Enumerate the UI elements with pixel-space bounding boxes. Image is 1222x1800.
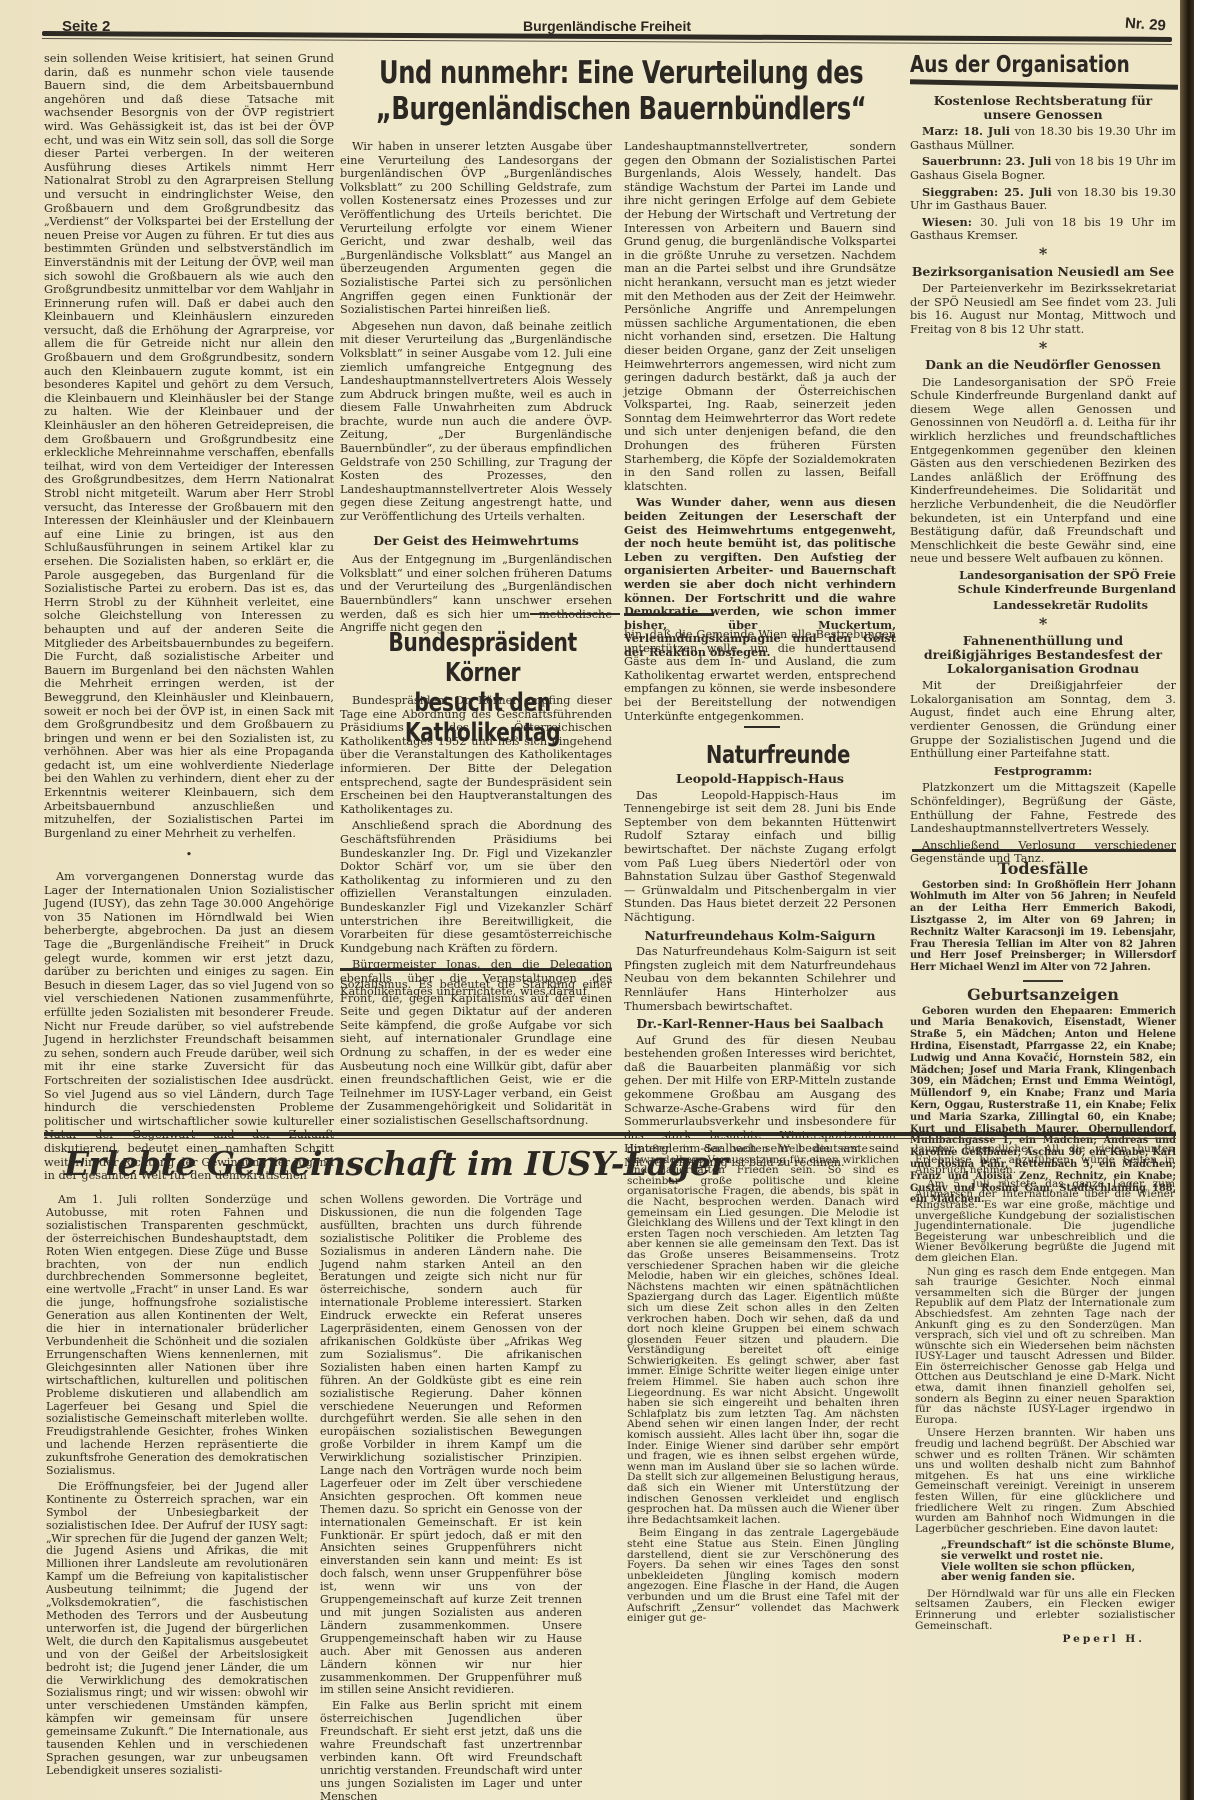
dank-text: Die Landesorganisation der SPÖ Freie Sch… [910,376,1176,566]
grodnau-text: Mit der Dreißigjahrfeier der Lokalorgani… [910,679,1176,761]
feature-closing: Der Hörndlwald war für uns alle ein Flec… [915,1589,1175,1631]
dank-signature-secretary: Landessekretär Rudolits [910,599,1176,613]
feature-paragraph: launter Jugendlicher. All die vielen bun… [915,1144,1175,1176]
subheading-heimwehrtum: Der Geist des Heimwehrtums [340,534,612,548]
naturfreunde-section: Leopold-Happisch-Haus Das Leopold-Happis… [624,772,896,1170]
rechtsberatung-item: Wiesen: 30. Juli von 18 bis 19 Uhr im Ga… [910,216,1176,243]
rechtsberatung-item: Sauerbrunn: 23. Juli von 18 bis 19 Uhr i… [910,155,1176,182]
feature-paragraph: Ein Falke aus Berlin spricht mit einem ö… [320,1700,582,1800]
lead-headline-line2: „Burgenländischen Bauernbündlers“ [352,91,890,127]
feature-paragraph: Am 5. Juli rüstete das ganze Lager zum A… [915,1179,1175,1264]
item-place: Wiesen: [922,215,972,229]
lead-headline: Und nunmehr: Eine Verurteilung des „Burg… [352,55,890,127]
item-place: Sieggraben: 25. Juli [922,185,1052,199]
neusiedl-heading: Bezirksorganisation Neusiedl am See [910,265,1176,279]
lead-headline-line1: Und nunmehr: Eine Verurteilung des [352,55,890,91]
lead-article-col2: Landeshauptmannstellvertreter, sondern g… [624,140,896,660]
feature-paragraph: schen Wollens geworden. Die Vorträge und… [320,1194,582,1697]
lead-article-col1: Wir haben in unserer letzten Ausgabe übe… [340,140,612,635]
rechtsberatung-item: Sieggraben: 25. Juli von 18.30 bis 19.30… [910,186,1176,213]
lead-paragraph: Abgesehen nun davon, daß beinahe zeitlic… [340,320,612,524]
organisation-title: Aus der Organisation [910,52,1130,78]
page-header: Seite 2 Burgenländische Freiheit Nr. 29 [42,8,1172,34]
festprogramm-text: Platzkonzert um die Mittagszeit (Kapelle… [910,781,1176,835]
feature-paragraph: Die Eröffnungsfeier, bei der Jugend alle… [46,1481,308,1778]
naturfreunde-text: Das Naturfreundehaus Kolm-Saigurn ist se… [624,945,896,1013]
todesfaelle-title: Todesfälle [910,862,1176,876]
left-column: sein sollenden Weise kritisiert, hat sei… [44,52,334,1183]
naturfreunde-text: Das Leopold-Happisch-Haus im Tennengebir… [624,789,896,925]
poem-line: sie verwelkt und rostet nie. [941,1551,1175,1562]
divider [1023,980,1063,982]
koerner-continuation-text: hin, daß die Gemeinde Wien alle Bestrebu… [624,628,896,723]
divider [744,726,780,728]
koerner-article: Bundespräsident Dr. Körner empfing diese… [340,694,612,999]
geburten-title: Geburtsanzeigen [910,988,1176,1002]
todesfaelle-text: Gestorben sind: In Großhöflein Herr Joha… [910,880,1176,974]
star-separator: * [910,341,1176,355]
feature-rule [44,1132,1176,1136]
feature-paragraph: Nun ging es rasch dem Ende entgegen. Man… [915,1267,1175,1426]
star-separator: * [910,617,1176,631]
feature-paragraph: Unsere Herzen brannten. Wir haben uns fr… [915,1428,1175,1534]
rechtsberatung-item: Marz: 18. Juli von 18.30 bis 19.30 Uhr i… [910,125,1176,152]
naturfreunde-heading: Leopold-Happisch-Haus [624,772,896,786]
koerner-paragraph: Anschließend sprach die Abordnung des Ge… [340,819,612,955]
naturfreunde-heading: Dr.-Karl-Renner-Haus bei Saalbach [624,1017,896,1031]
iusy-feature-col3: draußen in der weiten Welt die erste und… [627,1144,899,1624]
iusy-continuation-text: Sozialismus. Es bedeutet die Stärkung ei… [340,978,612,1128]
dank-heading: Dank an die Neudörfler Genossen [910,358,1176,372]
divider [340,968,612,971]
divider [912,849,1176,852]
neusiedl-text: Der Parteienverkehr im Bezirkssekretaria… [910,282,1176,336]
divider [624,613,714,616]
grodnau-heading: Fahnenenthüllung und dreißigjähriges Bes… [910,634,1176,675]
feature-paragraph: Beim Eingang in das zentrale Lagergebäud… [627,1528,899,1623]
iusy-feature-col2: schen Wollens geworden. Die Vorträge und… [320,1194,582,1800]
strobl-article-text: sein sollenden Weise kritisiert, hat sei… [44,52,334,840]
author-signature: Peperl H. [915,1634,1175,1645]
lead-paragraph: Landeshauptmannstellvertreter, sondern g… [624,140,896,493]
dedication-poem: „Freundschaft“ ist die schönste Blume, s… [941,1540,1175,1582]
lead-paragraph: Aus der Entgegnung im „Burgenländischen … [340,553,612,635]
issue-number: Nr. 29 [1125,15,1167,35]
koerner-continuation: hin, daß die Gemeinde Wien alle Bestrebu… [624,628,896,723]
item-place: Sauerbrunn: 23. Juli [922,154,1051,168]
iusy-feature-col1: Am 1. Juli rollten Sonderzüge und Autobu… [46,1194,308,1778]
divider [530,613,620,615]
rechtsberatung-heading: Kostenlose Rechtsberatung für unsere Gen… [910,94,1176,121]
naturfreunde-heading: Naturfreundehaus Kolm-Saigurn [624,929,896,943]
separator-dot: • [44,848,334,862]
star-separator: * [910,247,1176,261]
festprogramm-heading: Festprogramm: [910,765,1176,779]
feature-paragraph: Am 1. Juli rollten Sonderzüge und Autobu… [46,1194,308,1478]
naturfreunde-title: Naturfreunde [700,740,856,770]
lead-paragraph: Wir haben in unserer letzten Ausgabe übe… [340,140,612,317]
organisation-column: Kostenlose Rechtsberatung für unsere Gen… [910,92,1176,866]
poem-line: aber wenig fanden sie. [941,1572,1175,1583]
koerner-headline-line1: Bundespräsident Körner [350,628,615,688]
feature-rule-thin [44,1138,1176,1139]
koerner-paragraph: Bundespräsident Dr. Körner empfing diese… [340,694,612,816]
item-place: Marz: 18. Juli [922,124,1010,138]
feature-paragraph: draußen in der weiten Welt die erste und… [627,1144,899,1525]
iusy-feature-col4: launter Jugendlicher. All die vielen bun… [915,1144,1175,1645]
dank-signature: Landesorganisation der SPÖ Freie Schule … [910,569,1176,596]
page-edge [1180,0,1194,1800]
iusy-continuation: Sozialismus. Es bedeutet die Stärkung ei… [340,978,612,1128]
